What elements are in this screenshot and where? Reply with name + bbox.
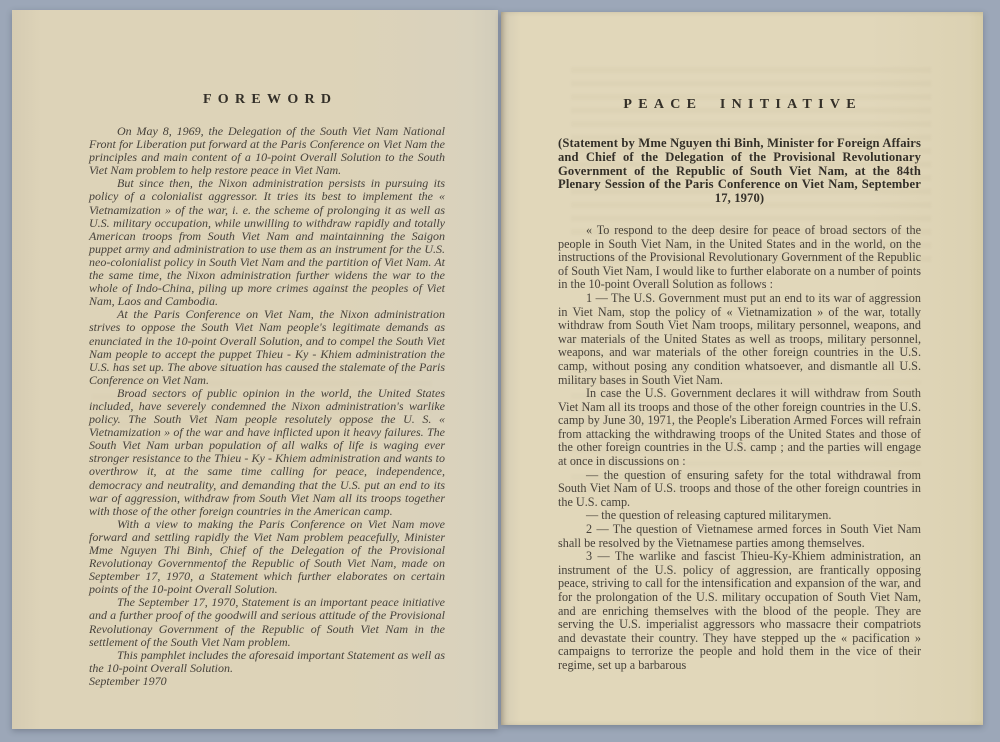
- paragraph: At the Paris Conference on Viet Nam, the…: [89, 308, 445, 387]
- paragraph: But since then, the Nixon administration…: [89, 177, 445, 308]
- foreword-body: On May 8, 1969, the Delegation of the So…: [89, 125, 445, 675]
- foreword-dateline: September 1970: [89, 675, 445, 688]
- paragraph: — the question of releasing captured mil…: [558, 509, 921, 523]
- statement-body: « To respond to the deep desire for peac…: [558, 224, 921, 673]
- paragraph: This pamphlet includes the aforesaid imp…: [89, 649, 445, 675]
- paragraph: — the question of ensuring safety for th…: [558, 469, 921, 510]
- statement-byline: (Statement by Mme Nguyen thi Binh, Minis…: [558, 137, 921, 206]
- right-page: PEACE INITIATIVE (Statement by Mme Nguye…: [501, 12, 983, 725]
- paragraph: In case the U.S. Government declares it …: [558, 387, 921, 469]
- paragraph: 3 — The warlike and fascist Thieu-Ky-Khi…: [558, 550, 921, 672]
- paragraph: Broad sectors of public opinion in the w…: [89, 387, 445, 518]
- paragraph: 1 — The U.S. Government must put an end …: [558, 292, 921, 387]
- paragraph: On May 8, 1969, the Delegation of the So…: [89, 125, 445, 177]
- paragraph: The September 17, 1970, Statement is an …: [89, 596, 445, 648]
- pamphlet-spread: FOREWORD On May 8, 1969, the Delegation …: [0, 0, 1000, 742]
- left-page: FOREWORD On May 8, 1969, the Delegation …: [12, 10, 498, 729]
- paragraph: With a view to making the Paris Conferen…: [89, 518, 445, 597]
- peace-initiative-heading: PEACE INITIATIVE: [558, 96, 921, 113]
- foreword-heading: FOREWORD: [89, 91, 445, 108]
- paragraph: « To respond to the deep desire for peac…: [558, 224, 921, 292]
- paragraph: 2 — The question of Vietnamese armed for…: [558, 523, 921, 550]
